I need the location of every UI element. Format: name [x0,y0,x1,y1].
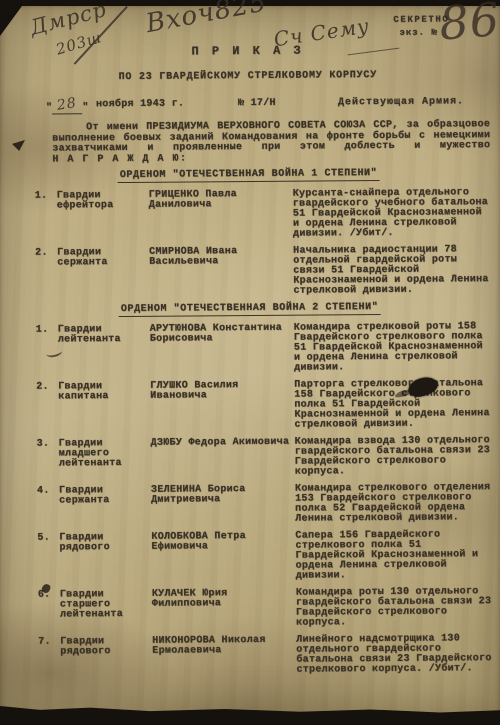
entry-number: 5. [37,534,57,584]
preamble-paragraph: От имени ПРЕЗИДИУМА ВЕРХОВНОГО СОВЕТА СО… [52,120,490,165]
section-heading-text: ОРДЕНОМ "ОТЕЧЕСТВЕННАЯ ВОЙНА 2 СТЕПЕНИ" [119,302,381,317]
entry-rank: Гвардии рядового [60,637,150,678]
close-quote: " [82,102,88,113]
section-heading-text: ОРДЕНОМ "ОТЕЧЕСТВЕННАЯ ВОЙНА 1 СТЕПЕНИ" [118,168,380,183]
entry-number: 1. [35,192,55,242]
entry-description: Начальника радиостанции 78 отдельной гва… [293,245,493,297]
entry-name: ГЛУШКО Василия Ивановича [150,381,292,432]
entry-name: ДЗЮБУ Федора Акимовича [151,438,293,479]
date-day-group: "28" [46,100,89,114]
entry-rank: Гвардии рядового [59,533,149,584]
date-month-year: ноября 1943 г. [96,100,184,111]
copy-number-label: экз. № [399,28,437,38]
entry-name: АРУТЮНОВА Константина Борисовича [150,324,292,375]
handwritten-date-day: 28 [57,98,78,111]
entry-number: 2. [36,383,56,433]
award-entry: 3. Гвардии младшего лейтенанта ДЗЮБУ Фед… [1,436,500,480]
army-label: Действующая Армия. [338,97,464,108]
award-entry: 1. Гвардии лейтенанта АРУТЮНОВА Констант… [0,322,500,376]
award-entry: 7. Гвардии рядового НИКОНОРОВА Николая Е… [2,634,500,678]
entry-number: 2. [35,249,55,299]
entry-name: ЗЕЛЕНИНА Бориса Дмитриевича [151,485,293,526]
award-declaration: Н А Г Р А Ж Д А Ю: [52,153,187,165]
entry-rank: Гвардии капитана [58,382,148,433]
entry-rank: Гвардии сержанта [59,486,149,527]
scanned-document-paper: Дмрср 203ш Вхоч825 Сч Сему СЕКРЕТНО экз.… [0,6,500,716]
document-header: Дмрср 203ш Вхоч825 Сч Сему СЕКРЕТНО экз.… [0,4,498,120]
entry-rank: Гвардии лейтенанта [58,325,148,376]
award-list-section-1: 1. Гвардии ефрейтора ГРИЦЕНКО Павла Дани… [0,188,499,299]
award-entry: 2. Гвардии сержанта СМИРНОВА Ивана Васил… [0,245,499,299]
entry-name: НИКОНОРОВА Николая Ермолаевича [152,636,294,677]
entry-number: 7. [38,638,58,678]
entry-name: ГРИЦЕНКО Павла Даниловича [149,190,291,241]
award-entry: 6. Гвардии старшего лейтенанта КУЛАЧЕК Ю… [2,587,500,631]
entry-rank: Гвардии ефрейтора [57,191,147,242]
entry-number: 4. [37,487,57,527]
section-heading-order-1st-class: ОРДЕНОМ "ОТЕЧЕСТВЕННАЯ ВОЙНА 1 СТЕПЕНИ" [0,168,499,182]
entry-rank: Гвардии сержанта [57,248,147,299]
handwritten-resolution: Сч Сему [273,20,370,44]
entry-description: Курсанта-снайпера отдельного гвардейског… [293,188,493,240]
entry-name: КУЛАЧЕК Юрия Филипповича [152,589,294,630]
entry-description: Командира стрелковой роты 158 Гвардейско… [294,322,494,374]
handwritten-incoming-number: Вхоч825 [145,0,267,29]
entry-description: Командира взвода 130 отдельного гвардейс… [295,436,495,478]
section-heading-order-2nd-class: ОРДЕНОМ "ОТЕЧЕСТВЕННАЯ ВОЙНА 2 СТЕПЕНИ" [0,302,500,316]
entry-number: 3. [37,440,57,480]
entry-description: Командира стрелкового отделения 153 Гвар… [295,483,495,525]
entry-name: СМИРНОВА Ивана Васильевича [149,247,291,298]
entry-description: Сапера 156 Гвардейского стрелкового полк… [295,530,495,582]
award-list-section-2: 1. Гвардии лейтенанта АРУТЮНОВА Констант… [0,322,500,678]
entry-description: Командира роты 130 отдельного гвардейско… [296,587,496,629]
entry-rank: Гвардии старшего лейтенанта [60,590,150,631]
award-entry: 5. Гвардии рядового КОЛОБКОВА Петра Ефим… [1,530,500,584]
award-entry: 1. Гвардии ефрейтора ГРИЦЕНКО Павла Дани… [0,188,499,242]
copy-number-handwritten: 86 [439,14,500,29]
order-number: № 17/Н [238,99,276,109]
entry-description: Линейного надсмотрщика 130 отдельного гв… [296,634,496,676]
dateline: "28" ноября 1943 г. № 17/Н Действующая А… [0,95,498,115]
award-entry: 4. Гвардии сержанта ЗЕЛЕНИНА Бориса Дмит… [1,483,500,527]
document-content: Дмрср 203ш Вхоч825 Сч Сему СЕКРЕТНО экз.… [0,4,500,718]
order-subtitle: ПО 23 ГВАРДЕЙСКОМУ СТРЕЛКОВОМУ КОРПУСУ [0,70,498,84]
preamble-text: От имени ПРЕЗИДИУМА ВЕРХОВНОГО СОВЕТА СО… [52,119,490,154]
entry-name: КОЛОБКОВА Петра Ефимовича [151,532,293,583]
date-day-underline: 28 [52,100,82,114]
entry-description: Парторга стрелкового батальона 158 Гвард… [294,379,494,431]
entry-rank: Гвардии младшего лейтенанта [59,439,149,480]
entry-number: 6. [38,591,58,631]
